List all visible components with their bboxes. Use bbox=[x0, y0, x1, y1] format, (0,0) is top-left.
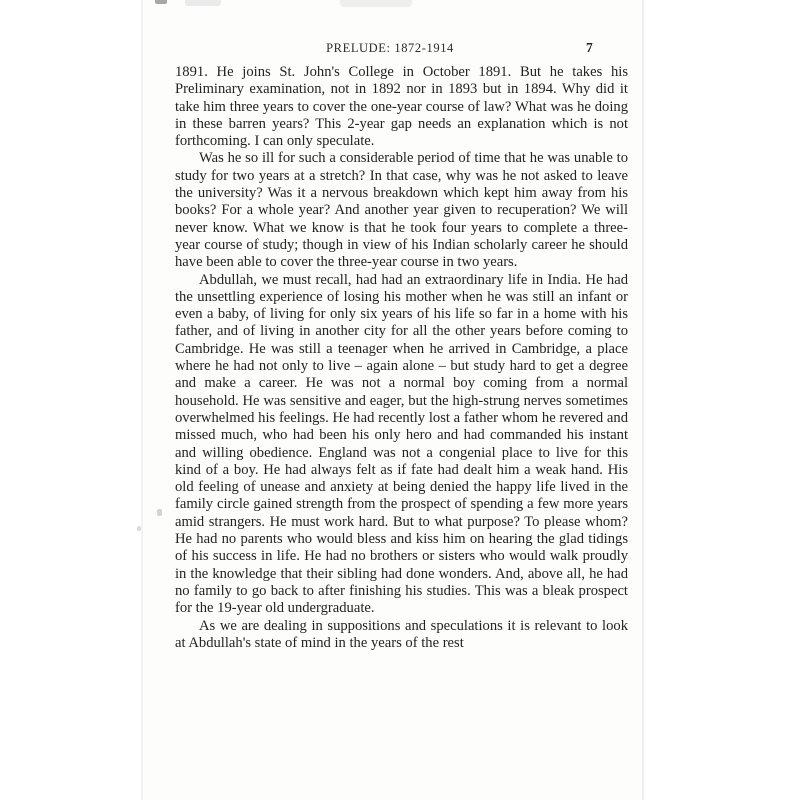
body-paragraph: Was he so ill for such a considerable pe… bbox=[175, 150, 628, 271]
body-paragraph: Abdullah, we must recall, had had an ext… bbox=[175, 272, 628, 618]
scanned-book-page: PRELUDE: 1872-1914 7 1891. He joins St. … bbox=[0, 0, 800, 800]
body-paragraph: 1891. He joins St. John's College in Oct… bbox=[175, 64, 628, 150]
running-header: PRELUDE: 1872-1914 bbox=[175, 41, 605, 56]
body-paragraph: As we are dealing in suppositions and sp… bbox=[175, 618, 628, 653]
body-text-block: 1891. He joins St. John's College in Oct… bbox=[175, 64, 628, 652]
page-number: 7 bbox=[586, 40, 593, 56]
